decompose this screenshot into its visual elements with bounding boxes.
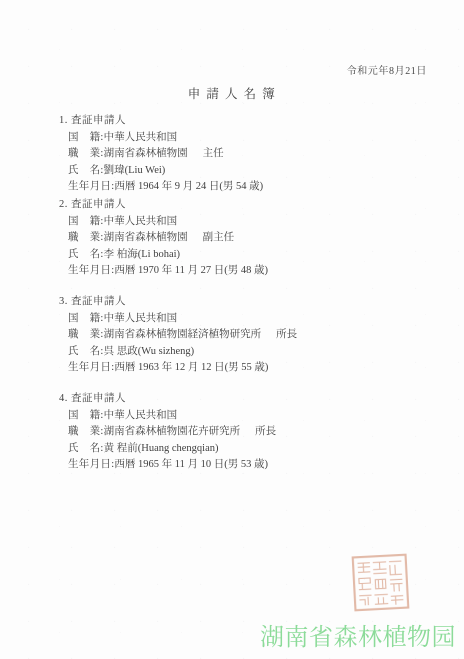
nationality-row: 国 籍:中華人民共和国: [68, 214, 446, 231]
occupation-title: 主任: [203, 148, 224, 159]
dob-value: 西暦 1970 年 11 月 27 日(男 48 歳): [114, 265, 268, 276]
occupation-row: 職 業:湖南省森林植物園主任: [68, 146, 446, 163]
name-label: 氏 名:: [68, 165, 104, 176]
red-square-seal-icon: [352, 554, 410, 612]
applicant-heading: 3. 査証申請人: [59, 294, 446, 311]
occupation-row: 職 業:湖南省森林植物園経済植物研究所所長: [68, 327, 446, 344]
document-page: 令和元年8月21日 申 請 人 名 簿 1. 査証申請人 国 籍:中華人民共和国…: [0, 0, 464, 659]
occupation-org: 湖南省森林植物園: [104, 148, 188, 159]
nationality-row: 国 籍:中華人民共和国: [68, 311, 446, 328]
page-title: 申 請 人 名 簿: [0, 84, 464, 102]
name-row: 氏 名:劉瑋(Liu Wei): [68, 163, 446, 180]
name-row: 氏 名:黄 程前(Huang chengqian): [68, 441, 446, 458]
occupation-label: 職 業:: [68, 148, 104, 159]
nationality-label: 国 籍:: [68, 216, 104, 227]
dob-label: 生年月日:: [68, 181, 114, 192]
dob-row: 生年月日:西暦 1963 年 12 月 12 日(男 55 歳): [68, 360, 446, 377]
applicant-heading: 4. 査証申請人: [59, 391, 446, 408]
name-value: 李 柏海(Li bohai): [104, 249, 180, 260]
occupation-label: 職 業:: [68, 232, 104, 243]
occupation-org: 湖南省森林植物園経済植物研究所: [104, 329, 262, 340]
nationality-label: 国 籍:: [68, 132, 104, 143]
dob-label: 生年月日:: [68, 362, 114, 373]
dob-label: 生年月日:: [68, 265, 114, 276]
dob-row: 生年月日:西暦 1970 年 11 月 27 日(男 48 歳): [68, 263, 446, 280]
dob-value: 西暦 1963 年 12 月 12 日(男 55 歳): [114, 362, 268, 373]
watermark-text: 湖南省森林植物园: [260, 617, 456, 652]
nationality-label: 国 籍:: [68, 410, 104, 421]
applicant-heading: 2. 査証申請人: [59, 197, 446, 214]
dob-value: 西暦 1964 年 9 月 24 日(男 54 歳): [114, 181, 263, 192]
occupation-title: 副主任: [203, 232, 235, 243]
name-value: 呉 思政(Wu sizheng): [104, 346, 195, 357]
name-label: 氏 名:: [68, 249, 104, 260]
occupation-title: 所長: [276, 329, 297, 340]
nationality-value: 中華人民共和国: [104, 313, 178, 324]
nationality-value: 中華人民共和国: [104, 132, 178, 143]
occupation-label: 職 業:: [68, 329, 104, 340]
applicant-block-3: 3. 査証申請人 国 籍:中華人民共和国 職 業:湖南省森林植物園経済植物研究所…: [59, 294, 446, 377]
nationality-value: 中華人民共和国: [104, 410, 178, 421]
occupation-org: 湖南省森林植物園: [104, 232, 188, 243]
name-row: 氏 名:呉 思政(Wu sizheng): [68, 344, 446, 361]
occupation-row: 職 業:湖南省森林植物園副主任: [68, 230, 446, 247]
nationality-label: 国 籍:: [68, 313, 104, 324]
applicant-block-2: 2. 査証申請人 国 籍:中華人民共和国 職 業:湖南省森林植物園副主任 氏 名…: [59, 197, 446, 280]
applicant-block-4: 4. 査証申請人 国 籍:中華人民共和国 職 業:湖南省森林植物園花卉研究所所長…: [59, 391, 446, 474]
occupation-title: 所長: [255, 426, 276, 437]
nationality-value: 中華人民共和国: [104, 216, 178, 227]
occupation-label: 職 業:: [68, 426, 104, 437]
name-value: 黄 程前(Huang chengqian): [104, 443, 219, 454]
document-date: 令和元年8月21日: [347, 62, 427, 77]
name-label: 氏 名:: [68, 443, 104, 454]
applicant-block-1: 1. 査証申請人 国 籍:中華人民共和国 職 業:湖南省森林植物園主任 氏 名:…: [59, 113, 446, 196]
dob-label: 生年月日:: [68, 459, 114, 470]
name-row: 氏 名:李 柏海(Li bohai): [68, 247, 446, 264]
name-value: 劉瑋(Liu Wei): [104, 165, 166, 176]
applicant-heading: 1. 査証申請人: [59, 113, 446, 130]
occupation-row: 職 業:湖南省森林植物園花卉研究所所長: [68, 424, 446, 441]
nationality-row: 国 籍:中華人民共和国: [68, 130, 446, 147]
occupation-org: 湖南省森林植物園花卉研究所: [104, 426, 241, 437]
nationality-row: 国 籍:中華人民共和国: [68, 408, 446, 425]
dob-row: 生年月日:西暦 1965 年 11 月 10 日(男 53 歳): [68, 457, 446, 474]
dob-row: 生年月日:西暦 1964 年 9 月 24 日(男 54 歳): [68, 179, 446, 196]
name-label: 氏 名:: [68, 346, 104, 357]
dob-value: 西暦 1965 年 11 月 10 日(男 53 歳): [114, 459, 268, 470]
